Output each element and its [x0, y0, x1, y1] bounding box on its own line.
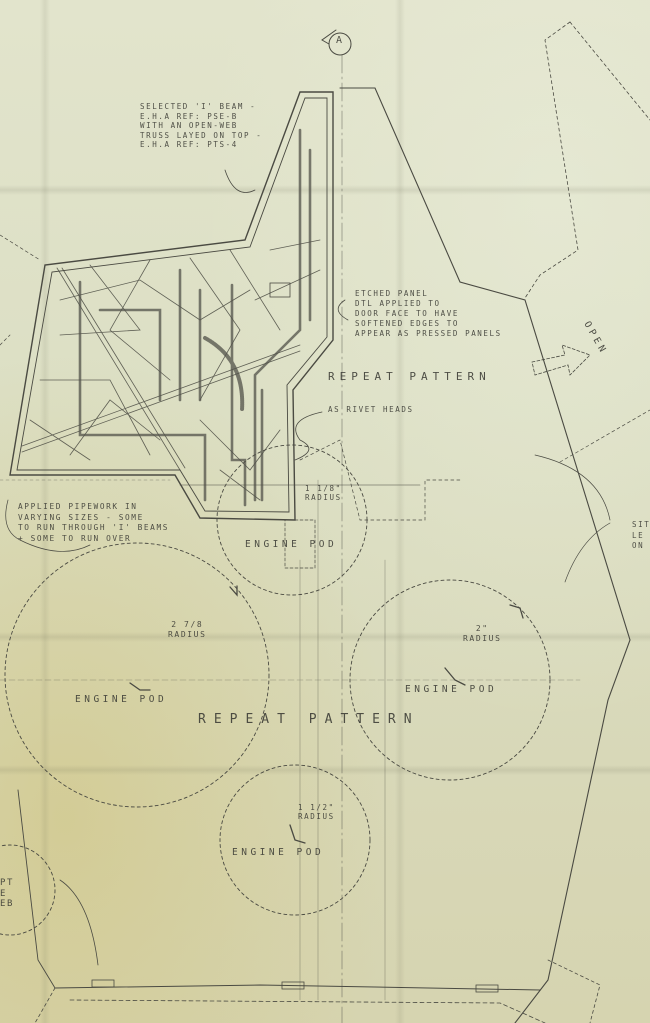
truss-members: [22, 240, 320, 500]
section-marker-label: A: [336, 36, 342, 47]
radius-label: 1 1/8" RADIUS: [305, 484, 342, 502]
note-selected-beam: SELECTED 'I' BEAM - E.H.A REF: PSE-B WIT…: [140, 102, 262, 150]
hull-outline-right: [340, 88, 630, 1023]
note-rivet-heads: AS RIVET HEADS: [328, 405, 414, 416]
blueprint-sheet: SELECTED 'I' BEAM - E.H.A REF: PSE-B WIT…: [0, 0, 650, 1023]
note-etched-panel: ETCHED PANEL DTL APPLIED TO DOOR FACE TO…: [355, 289, 502, 339]
radius-label: 2 7/8 RADIUS: [168, 620, 207, 640]
label-repeat-pattern-upper: REPEAT PATTERN: [328, 372, 491, 383]
pipework: [80, 130, 310, 505]
note-applied-pipework: APPLIED PIPEWORK IN VARYING SIZES - SOME…: [18, 502, 169, 544]
engine-pod-label: ENGINE POD: [75, 695, 167, 706]
radius-label: 2" RADIUS: [463, 624, 502, 644]
engine-pod-label: ENGINE POD: [405, 685, 497, 696]
note-edge-partial: SIT LE ON: [632, 520, 650, 552]
engine-pod-label: ENGINE POD: [232, 848, 324, 859]
note-left-partial: PT E EB: [0, 878, 14, 910]
engine-pod-label: ENGINE POD: [245, 540, 337, 551]
radius-label: 1 1/2" RADIUS: [298, 803, 335, 821]
label-repeat-pattern-lower: REPEAT PATTERN: [198, 715, 420, 726]
side-panel-outline: [525, 22, 578, 298]
